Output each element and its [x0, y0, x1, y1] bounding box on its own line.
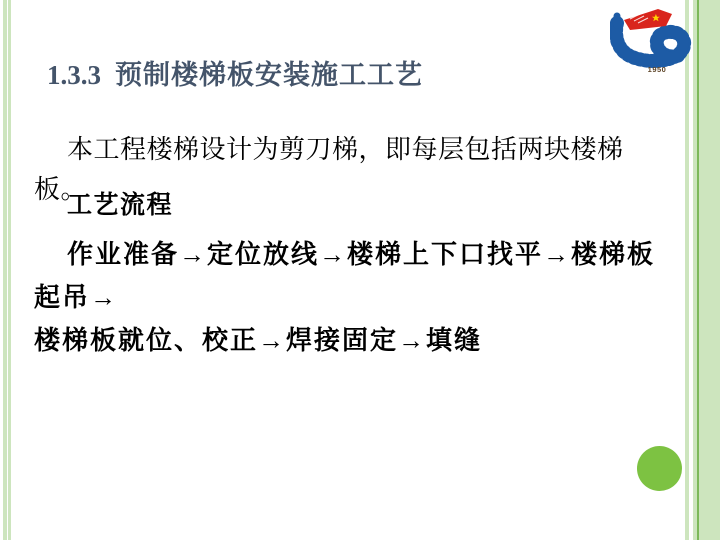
right-stripe-accent-line [697, 0, 699, 540]
right-stripe-thin [685, 0, 689, 540]
slide: 1950 1.3.3预制楼梯板安装施工工艺 本工程楼梯设计为剪刀梯，即每层包括两… [0, 0, 720, 540]
left-stripe-inner [8, 0, 11, 540]
title-text: 预制楼梯板安装施工工艺 [115, 60, 423, 90]
left-stripe-outer [3, 0, 7, 540]
company-logo: 1950 [610, 5, 698, 75]
title-number: 1.3.3 [47, 60, 101, 90]
process-flow-line-2: 楼梯板就位、校正→焊接固定→填缝 [34, 319, 679, 362]
process-flow-line-1: 作业准备→定位放线→楼梯上下口找平→楼梯板起吊→ [34, 233, 679, 319]
process-flow: 作业准备→定位放线→楼梯上下口找平→楼梯板起吊→ 楼梯板就位、校正→焊接固定→填… [34, 233, 679, 362]
founding-year: 1950 [648, 65, 667, 74]
slide-title: 1.3.3预制楼梯板安装施工工艺 [47, 53, 423, 92]
subheading: 工艺流程 [67, 185, 173, 221]
green-dot-decoration [637, 446, 682, 491]
